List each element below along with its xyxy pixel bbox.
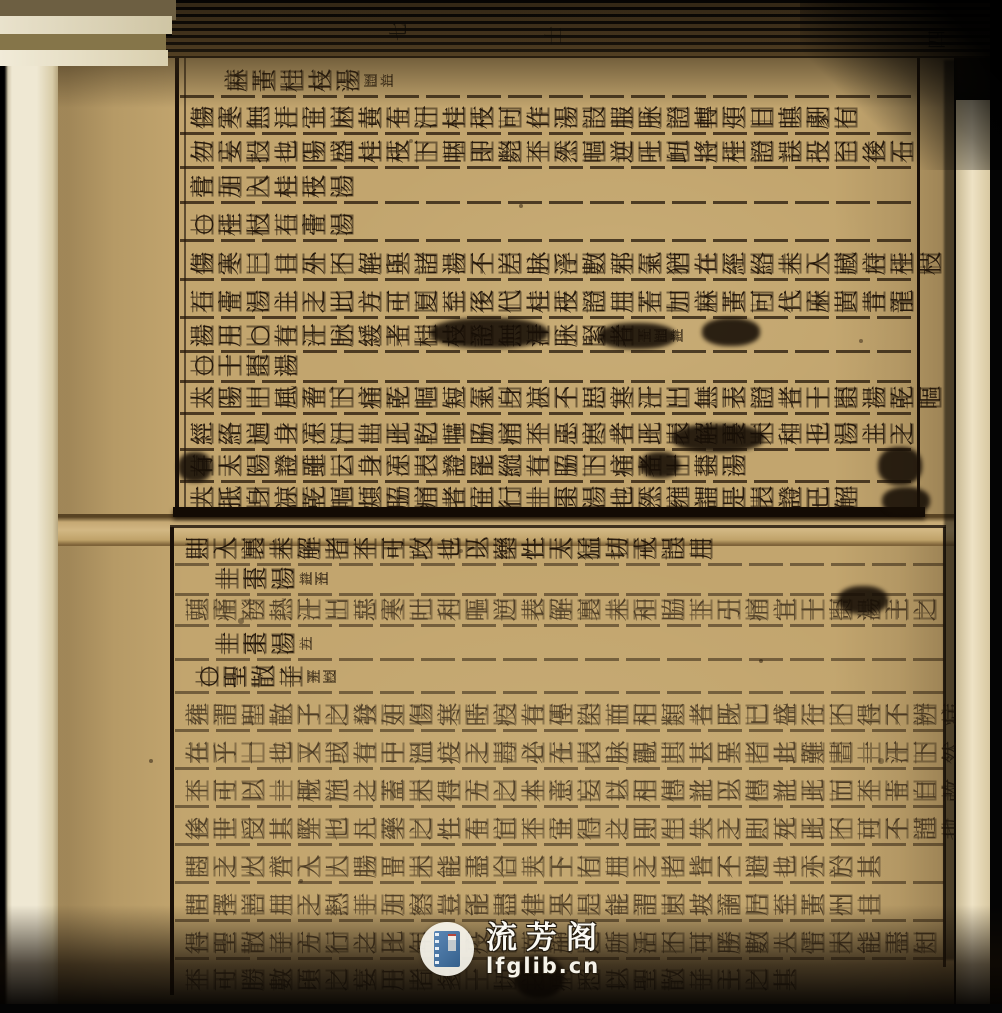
text-column: 不可以一概施之蓋未得方之本意妄以相傳訛以傳訛此而不肯自改 [184,775,968,805]
text-column: 十棗湯方 [214,628,314,658]
top-right-corner-shadow [800,0,1002,170]
text-column: 經絡遍身凉汗出此乾嘔脇痛不惡寒者此表解裏未和也湯主之 [189,418,917,448]
right-page-edge [956,100,992,1013]
left-black-margin [0,0,8,1013]
top-left-page-corner [0,50,168,66]
ink-blotch [598,323,676,349]
text-column: ○十棗湯 [189,350,301,380]
fold-edge-fragment: 七 [384,22,411,41]
ink-blotch [430,318,548,348]
text-column: 傷寒三日外不解與諸湯不差脉浮數邪氣猶在經絡未入藏府桂枝 [189,248,945,278]
text-column: 雍謂聖散子之發如傷寒時疫有傳染而相類者既已盛行不得不辨病 [184,699,968,729]
ink-blotch [640,452,680,478]
text-column: 在乎一也又或有中溫疫之毒必在表脉觀其甚異者此難晝一汗下然 [184,737,968,767]
watermark-logo-circle [420,922,474,976]
book-scan: 麻黃桂枝湯證治傷寒無汗宜麻黃有汗桂枝可作湯設服脉證轉煩目瞋劇有勿妄投也陽盛桂枝下… [0,0,1002,1013]
text-column: 十棗湯證治 [214,563,330,593]
ink-blotch [882,487,930,515]
text-column: 則入裏未解者不可攻也以藥性太猛切戒誤用 [184,533,716,563]
column-rule [180,201,918,204]
column-rule [180,316,918,319]
ink-blotch [838,586,888,614]
right-page-gap-shadow [944,60,956,960]
watermark: 流芳阁 lfglib.cn [420,922,606,977]
column-rule [175,805,944,808]
watermark-site-url: lfglib.cn [486,955,606,977]
ink-blotch [878,447,922,485]
column-rule [175,881,944,884]
top-left-page-corner [0,34,166,50]
ink-blotch [672,424,764,452]
text-column: 石膏湯主之此方可夏至後代桂枝證用若加麻黃可代麻黃青龍 [189,286,917,316]
bottom-black-margin [0,1004,1002,1013]
column-rule [180,278,918,281]
text-column: 後世受其弊也凡藥之性有宜不宜得之則生失之則死此不可不謹也 [184,813,968,843]
ink-blotch [178,452,212,482]
watermark-text: 流芳阁 lfglib.cn [486,922,606,977]
text-column: ○聖散子辨疫 [194,661,338,691]
column-rule [175,843,944,846]
column-rule [175,767,944,770]
top-left-page-corner [0,16,172,34]
text-column: 太陽中風脅下痛乾嘔短氣身凉不惡寒汗出無表證者十棗湯乾嘔 [189,382,945,412]
ink-blotch [702,318,760,346]
frame-left [175,55,179,517]
column-rule [180,412,918,415]
text-column: 大抵身凉乾嘔煩脇痛者宜行十棗湯也然雍謂是表證已解 [189,482,861,512]
text-column: ○桂枝石膏湯 [189,209,357,239]
text-column: 悶之火齊入人腸胃未能盡合天下有用之者皆不避也亦於其 [184,851,884,881]
text-column: 膏加入桂枝湯 [189,171,357,201]
watermark-site-name: 流芳阁 [486,922,606,955]
column-rule [175,729,944,732]
book-logo-icon [434,931,460,967]
text-column: 頭痛發熱汗出惡寒吐利嘔逆表解裏未和脇下引痛宜十棗湯主之 [184,594,940,624]
column-rule [180,239,918,242]
column-rule [175,691,944,694]
frame-top [170,525,946,528]
left-page-edge-stack [2,58,58,1013]
fold-edge-fragment: 士 [539,26,566,45]
column-rule [175,624,944,627]
